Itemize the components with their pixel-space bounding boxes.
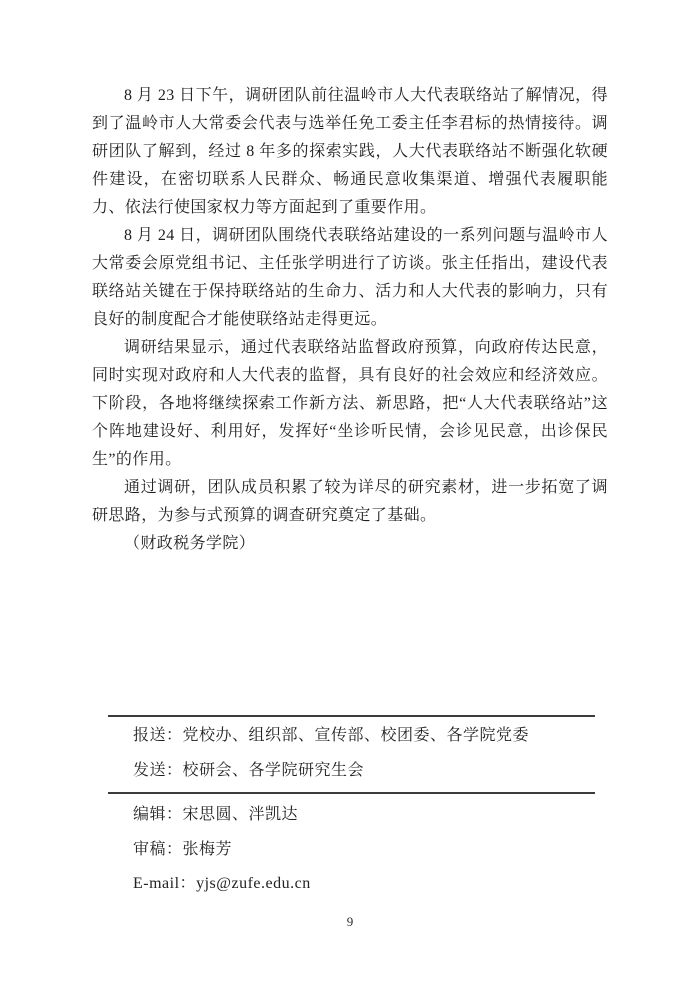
footer-email-label: E-mail xyxy=(133,875,180,892)
article-paragraph: 通过调研，团队成员积累了较为详尽的研究素材，进一步拓宽了调研思路，为参与式预算的… xyxy=(92,474,608,530)
footer-editor-label: 编辑 xyxy=(133,806,166,823)
footer-send-to-row: 发送：校研会、各学院研究生会 xyxy=(133,762,364,780)
footer-send-to-label: 发送 xyxy=(133,762,166,779)
footer-email-row: E-mail：yjs@zufe.edu.cn xyxy=(133,875,311,893)
footer-editor-row: 编辑：宋思圆、泮凯达 xyxy=(133,806,298,824)
footer-editor-value: 宋思圆、泮凯达 xyxy=(183,806,299,823)
footer-divider-top xyxy=(108,715,595,717)
footer-report-to-label: 报送 xyxy=(133,727,166,744)
article-paragraph: 8 月 24 日，调研团队围绕代表联络站建设的一系列问题与温岭市人大常委会原党组… xyxy=(92,222,608,334)
article-paragraph: 调研结果显示，通过代表联络站监督政府预算，向政府传达民意，同时实现对政府和人大代… xyxy=(92,334,608,474)
footer-reviewer-label: 审稿 xyxy=(133,841,166,858)
footer-send-to-value: 校研会、各学院研究生会 xyxy=(183,762,365,779)
footer-separator: ： xyxy=(166,841,183,858)
page-number: 9 xyxy=(0,914,700,930)
article-attribution: （财政税务学院） xyxy=(92,530,608,558)
footer-report-to-value: 党校办、组织部、宣传部、校团委、各学院党委 xyxy=(183,727,530,744)
footer-separator: ： xyxy=(166,727,183,744)
footer-email-value: yjs@zufe.edu.cn xyxy=(196,875,311,892)
article-paragraph: 8 月 23 日下午，调研团队前往温岭市人大代表联络站了解情况，得到了温岭市人大… xyxy=(92,82,608,222)
footer-reviewer-row: 审稿：张梅芳 xyxy=(133,841,232,859)
document-page: 8 月 23 日下午，调研团队前往温岭市人大代表联络站了解情况，得到了温岭市人大… xyxy=(0,0,700,990)
footer-divider-bottom xyxy=(108,792,595,794)
footer-separator: ： xyxy=(166,806,183,823)
article-body: 8 月 23 日下午，调研团队前往温岭市人大代表联络站了解情况，得到了温岭市人大… xyxy=(92,82,608,558)
footer-reviewer-value: 张梅芳 xyxy=(183,841,233,858)
footer-separator: ： xyxy=(180,875,197,892)
footer-report-to-row: 报送：党校办、组织部、宣传部、校团委、各学院党委 xyxy=(133,727,529,745)
footer-separator: ： xyxy=(166,762,183,779)
